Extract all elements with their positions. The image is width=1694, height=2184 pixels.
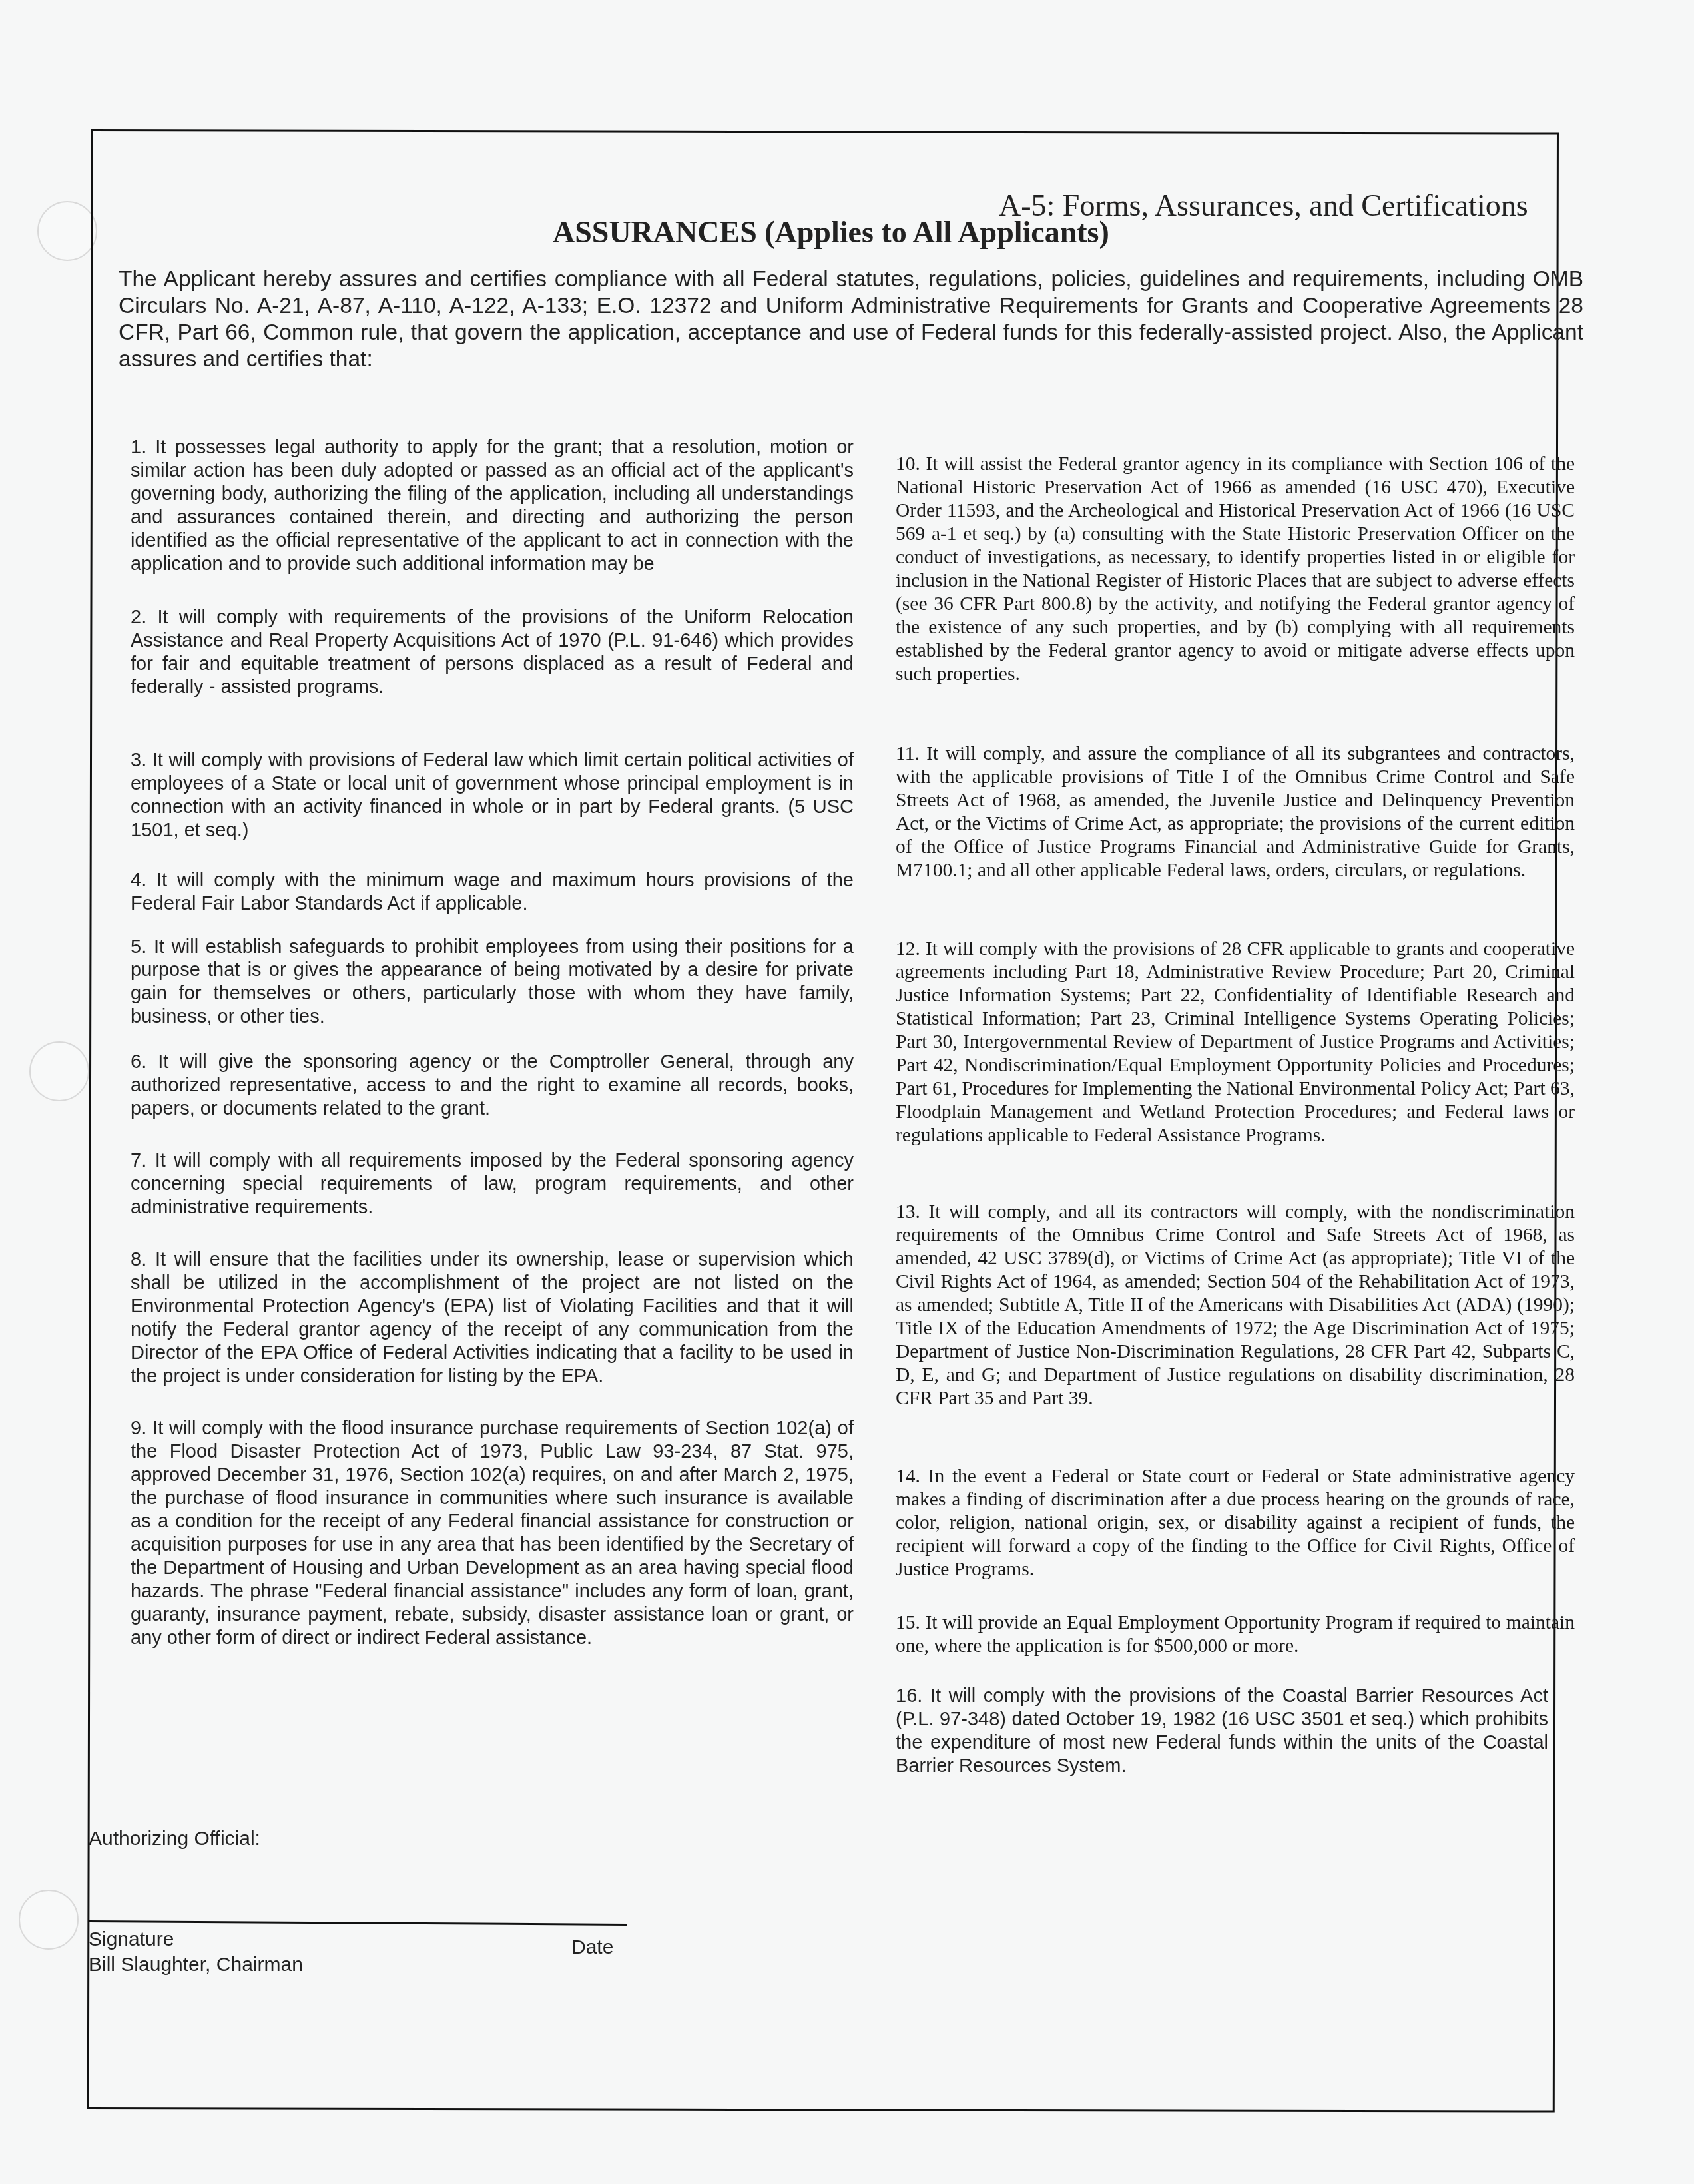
- assurance-item-13: 13. It will comply, and all its contract…: [896, 1201, 1575, 1410]
- assurance-item-2: 2. It will comply with requirements of t…: [131, 606, 854, 699]
- signature-label: Signature: [89, 1928, 174, 1951]
- assurance-item-3: 3. It will comply with provisions of Fed…: [131, 749, 854, 842]
- assurance-item-11: 11. It will comply, and assure the compl…: [896, 742, 1575, 882]
- punch-hole-bottom: [19, 1890, 79, 1950]
- signer-name: Bill Slaughter, Chairman: [89, 1954, 303, 1976]
- punch-hole-top: [37, 201, 97, 261]
- authorizing-official-label: Authorizing Official:: [89, 1828, 260, 1850]
- assurance-item-1: 1. It possesses legal authority to apply…: [131, 436, 854, 576]
- assurance-item-8: 8. It will ensure that the facilities un…: [131, 1248, 854, 1388]
- assurance-item-12: 12. It will comply with the provisions o…: [896, 938, 1575, 1147]
- punch-hole-middle: [29, 1041, 89, 1101]
- assurance-item-14: 14. In the event a Federal or State cour…: [896, 1465, 1575, 1581]
- assurance-item-10: 10. It will assist the Federal grantor a…: [896, 453, 1575, 686]
- assurance-item-9: 9. It will comply with the flood insuran…: [131, 1417, 854, 1650]
- assurance-item-4: 4. It will comply with the minimum wage …: [131, 869, 854, 916]
- document-title: ASSURANCES (Applies to All Applicants): [553, 214, 1109, 250]
- date-label: Date: [571, 1936, 613, 1959]
- assurance-item-7: 7. It will comply with all requirements …: [131, 1149, 854, 1219]
- assurance-item-16: 16. It will comply with the provisions o…: [896, 1685, 1548, 1778]
- intro-paragraph: The Applicant hereby assures and certifi…: [119, 266, 1583, 373]
- assurance-item-5: 5. It will establish safeguards to prohi…: [131, 936, 854, 1029]
- assurance-item-15: 15. It will provide an Equal Employment …: [896, 1611, 1575, 1658]
- assurance-item-6: 6. It will give the sponsoring agency or…: [131, 1051, 854, 1121]
